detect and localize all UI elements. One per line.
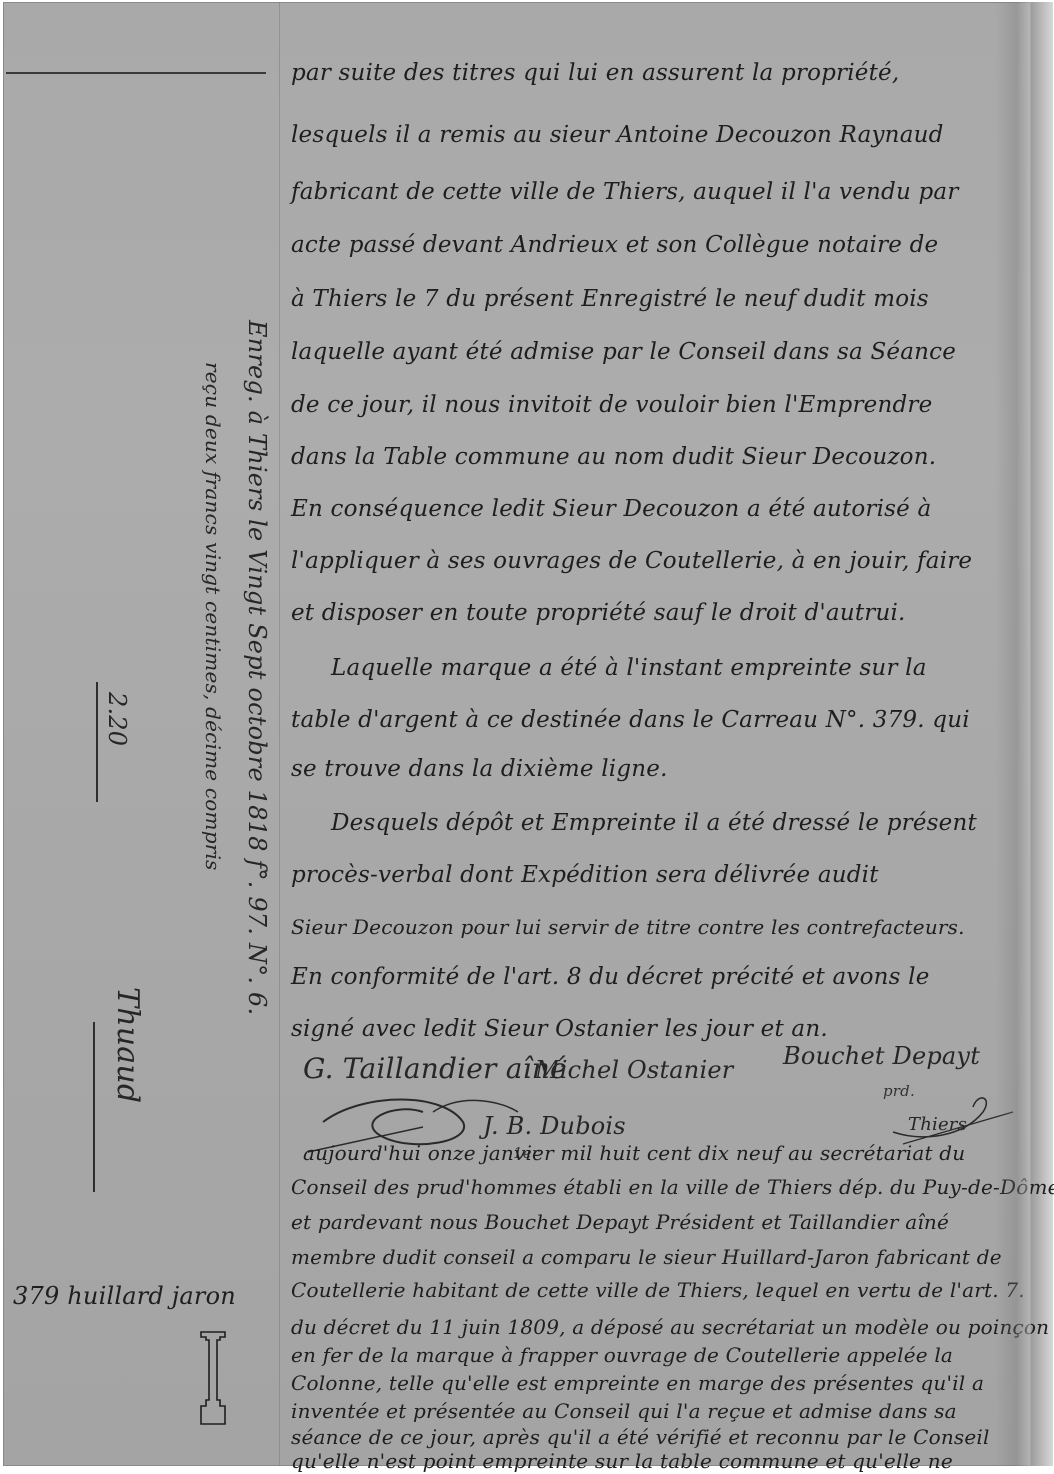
body-line: acte passé devant Andrieux et son Collèg…: [291, 230, 938, 260]
body-line: dans la Table commune au nom dudit Sieur…: [291, 442, 936, 472]
body-line: laquelle ayant été admise par le Conseil…: [291, 337, 956, 367]
entry-line: aujourd'hui onze janvier mil huit cent d…: [303, 1138, 965, 1168]
body-line: par suite des titres qui lui en assurent…: [291, 58, 899, 88]
body-line: se trouve dans la dixième ligne.: [291, 754, 668, 784]
entry-line: Coutellerie habitant de cette ville de T…: [291, 1275, 1025, 1305]
margin-registration-receipt: reçu deux francs vingt centimes, décime …: [201, 362, 225, 871]
entry-line: du décret du 11 juin 1809, a déposé au s…: [291, 1312, 1049, 1342]
fee-rule-line: [96, 682, 98, 802]
signature-ostanier: Michel Ostanier: [535, 1056, 733, 1084]
body-line: de ce jour, il nous invitoit de vouloir …: [291, 390, 932, 420]
body-line: à Thiers le 7 du présent Enregistré le n…: [291, 284, 929, 314]
mark-owner-name: huillard jaron: [67, 1282, 236, 1310]
body-line: En conséquence ledit Sieur Decouzon a ét…: [291, 494, 931, 524]
margin-registration-note: Enreg. à Thiers le Vingt Sept octobre 18…: [243, 320, 271, 1015]
body-line: Sieur Decouzon pour lui servir de titre …: [291, 912, 965, 942]
body-line: Desquels dépôt et Empreinte il a été dre…: [331, 808, 977, 838]
body-line: procès-verbal dont Expédition sera déliv…: [291, 860, 879, 890]
entry-line: en fer de la marque à frapper ouvrage de…: [291, 1340, 953, 1370]
entry-line: et pardevant nous Bouchet Depayt Préside…: [291, 1207, 949, 1237]
entry-line: Colonne, telle qu'elle est empreinte en …: [291, 1368, 984, 1398]
margin-receiver-signature: Thuaud: [110, 987, 145, 1103]
body-line: fabricant de cette ville de Thiers, auqu…: [291, 177, 959, 207]
signature-bouchet-depayt: Bouchet Depayt: [783, 1042, 980, 1070]
entry-line: Conseil des prud'hommes établi en la vil…: [291, 1172, 1054, 1202]
column-icon: [198, 1330, 228, 1428]
signature-taillandier: G. Taillandier aîné: [303, 1052, 567, 1085]
margin-rule-line: [279, 2, 280, 1466]
signature-rule-line: [93, 1022, 95, 1192]
margin-mark-entry: 379 huillard jaron: [13, 1282, 236, 1310]
body-line: et disposer en toute propriété sauf le d…: [291, 598, 906, 628]
top-rule-line: [6, 72, 266, 74]
body-line: Laquelle marque a été à l'instant emprei…: [331, 653, 927, 683]
page-edge: [1031, 2, 1053, 1466]
entry-line: membre dudit conseil a comparu le sieur …: [291, 1242, 1002, 1272]
body-line: signé avec ledit Sieur Ostanier les jour…: [291, 1014, 828, 1044]
mark-number: 379: [13, 1282, 59, 1310]
margin-fee: 2.20: [103, 692, 131, 746]
body-line: lesquels il a remis au sieur Antoine Dec…: [291, 120, 944, 150]
body-line: l'appliquer à ses ouvrages de Coutelleri…: [291, 546, 972, 576]
entry-line: qu'elle n'est point empreinte sur la tab…: [291, 1446, 953, 1474]
body-line: En conformité de l'art. 8 du décret préc…: [291, 962, 930, 992]
body-line: table d'argent à ce destinée dans le Car…: [291, 705, 970, 735]
manuscript-page: par suite des titres qui lui en assurent…: [3, 2, 1031, 1466]
